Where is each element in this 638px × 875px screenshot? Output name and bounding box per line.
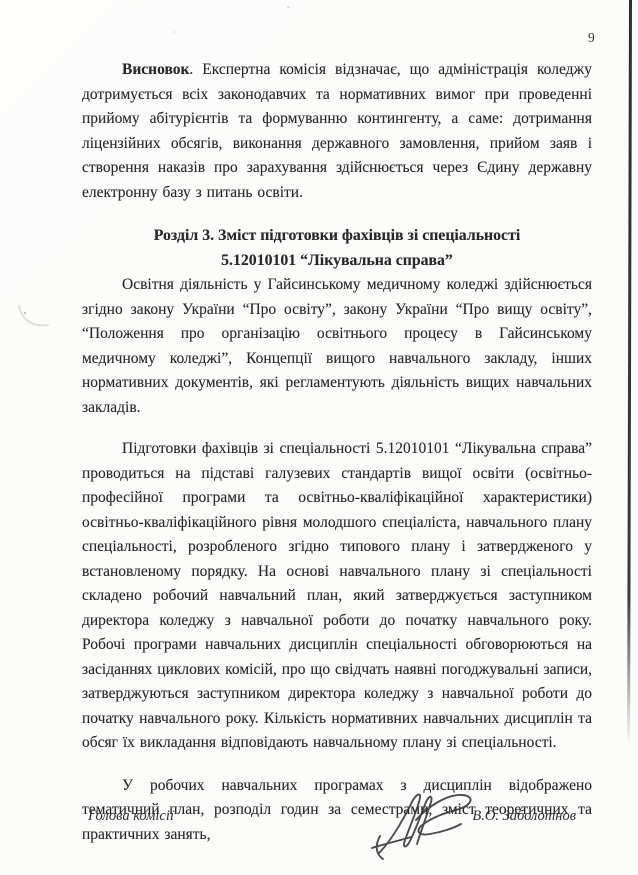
committee-head-label: Голова комісії [82, 806, 174, 826]
scanned-document-page: 9 Висновок. Експертна комісія відзначає,… [0, 0, 638, 875]
section-heading-line1: Розділ 3. Зміст підготовки фахівців зі с… [82, 224, 592, 249]
section-heading: Розділ 3. Зміст підготовки фахівців зі с… [82, 224, 592, 273]
education-activity-paragraph: Освітня діяльність у Гайсинському медичн… [82, 273, 592, 420]
pencil-smudge-mark [12, 298, 60, 344]
conclusion-paragraph: Висновок. Експертна комісія відзначає, щ… [82, 58, 592, 205]
specialist-training-paragraph: Підготовки фахівців зі спеціальності 5.1… [82, 437, 592, 756]
scanner-edge-line [627, 0, 632, 745]
signature-image [366, 789, 488, 863]
conclusion-text: . Експертна комісія відзначає, що адміні… [82, 61, 592, 201]
section-heading-line2: 5.12010101 “Лікувальна справа” [82, 249, 592, 274]
signature-block: Голова комісії В.О. Заболотнов [82, 806, 592, 826]
document-body: Висновок. Експертна комісія відзначає, щ… [82, 0, 592, 847]
conclusion-lead: Висновок [122, 61, 189, 78]
